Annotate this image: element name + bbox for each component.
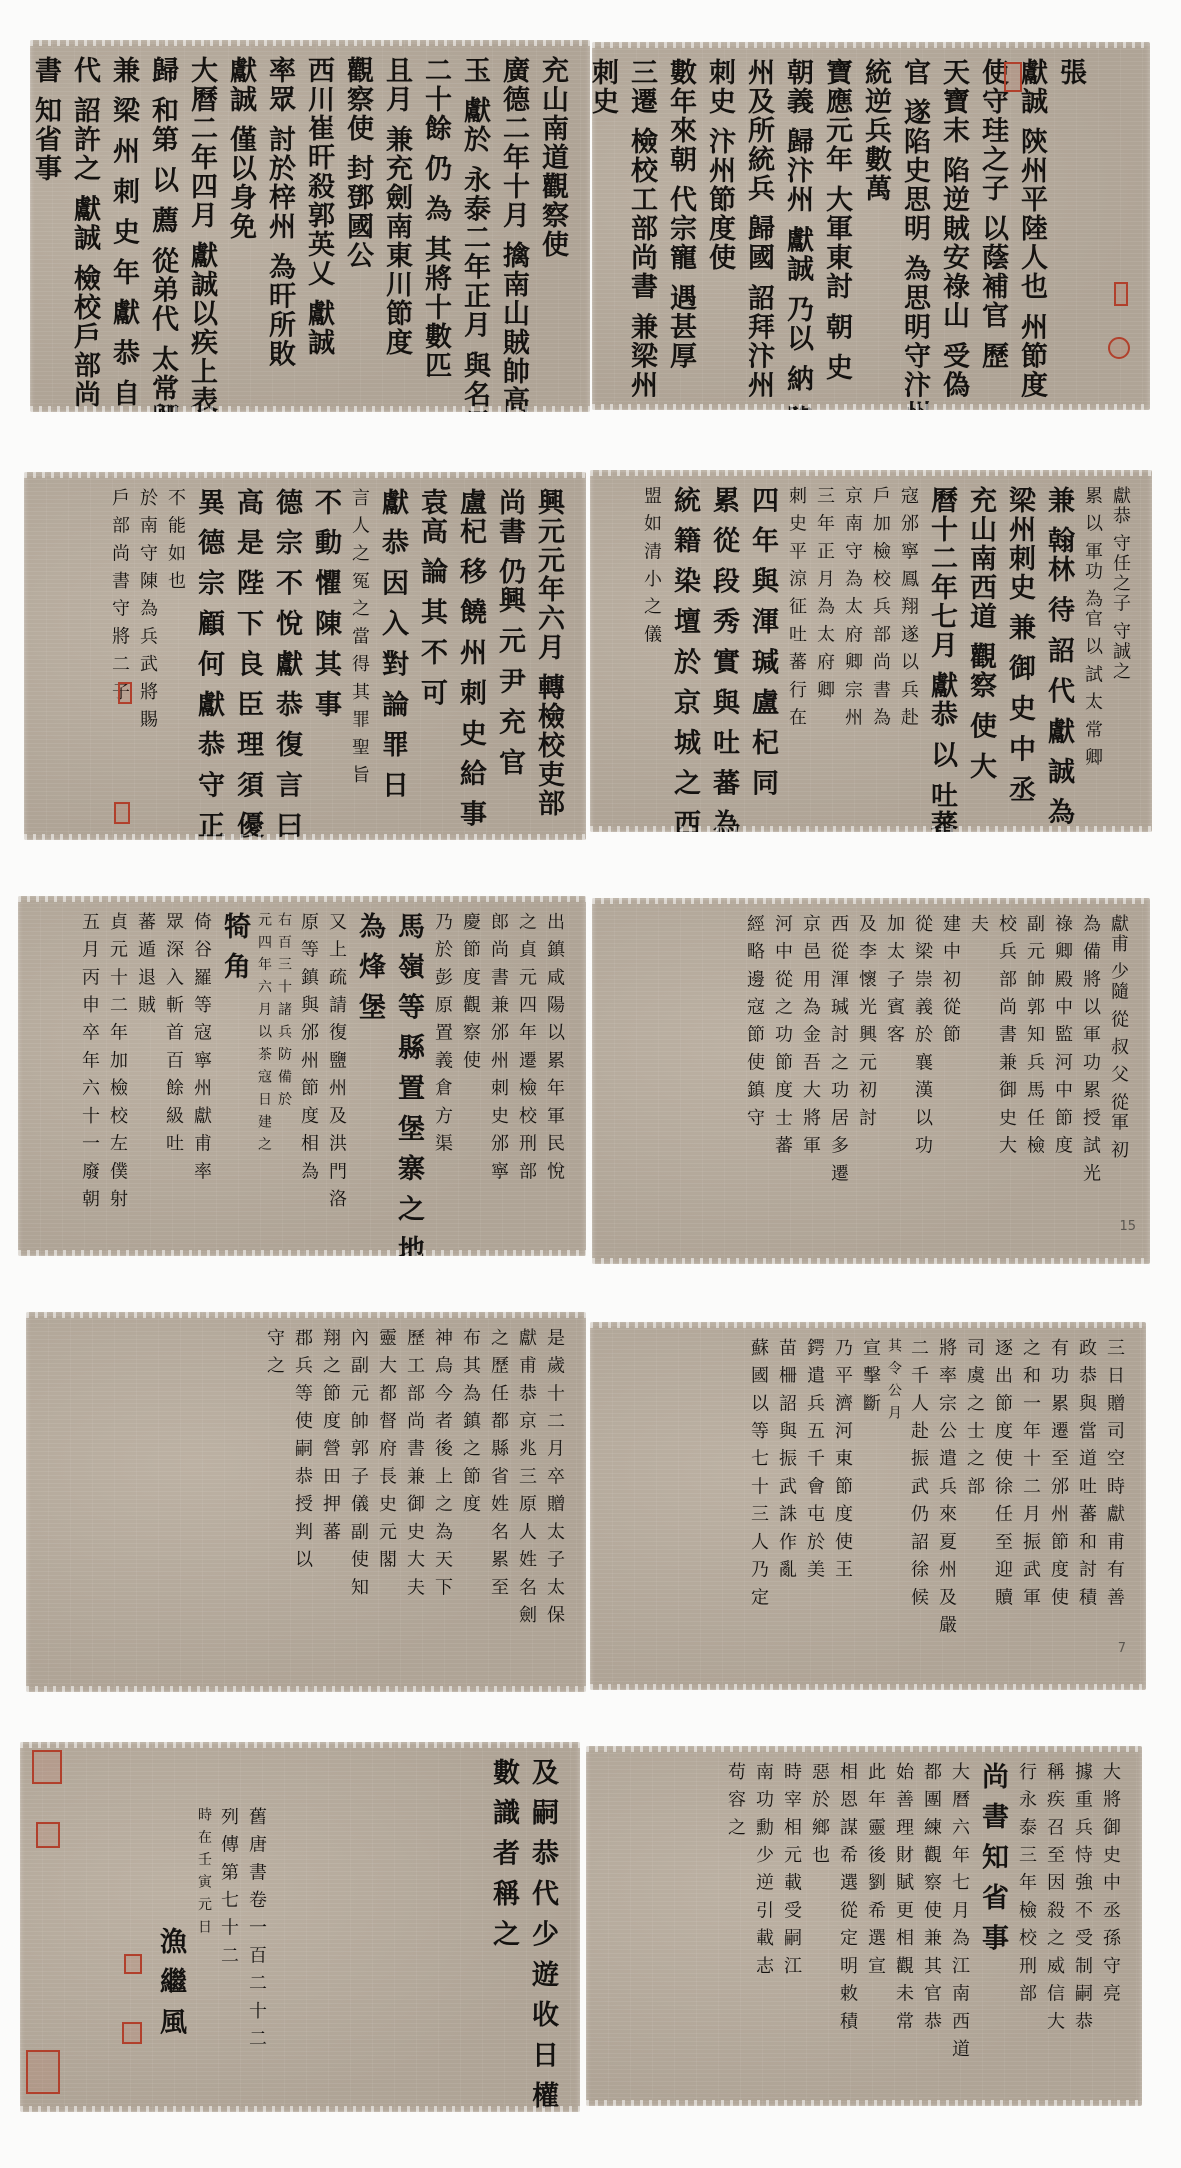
text-column: 且月 兼充劍南東川節度: [377, 56, 416, 398]
text-column: 獻甫 少隨 從 叔 父 從軍 初: [1104, 914, 1132, 1250]
text-column: 官 遂陷史思明 為思明守汴州: [895, 58, 934, 396]
seal-stamp: [124, 1954, 142, 1974]
text-column: 書 知省事: [30, 56, 65, 398]
text-column: 祿 卿 殿 中 監 河 中 節 度: [1048, 914, 1076, 1250]
text-column: 盧杞 移 饒 州 刺 史 給 事 中: [451, 488, 490, 826]
text-column: 逐 出 節 度 使 徐 任 至 迎 贖: [988, 1338, 1016, 1676]
text-column: 數 識 者 稱 之: [484, 1758, 523, 2098]
text-column: 不 動 懼 陳 其 事: [306, 488, 345, 826]
text-column: 建 中 初 從 節: [936, 914, 964, 1250]
text-column: 大曆二年四月 獻誠以疾上表乞: [182, 56, 221, 398]
manuscript-panel-r5-left: 及 嗣 恭 代 少 遊 收 日 權 數 識 者 稱 之 舊 唐 書 卷 一 百 …: [20, 1742, 580, 2112]
panel-text: 充山南道觀察使 廣德二年十月 擒南山賊帥高 玉 獻於 永泰二年正月 與名馬 二十…: [48, 56, 572, 398]
text-column: 原 等 鎮 與 邠 州 節 度 相 為: [294, 912, 322, 1242]
text-column: 歸 和第 以 薦 從弟代 太常卿: [143, 56, 182, 398]
text-column: 司 虞 之 士 之 部: [960, 1338, 988, 1676]
text-column: 天寶末 陷逆賊安祿山 受偽: [934, 58, 973, 396]
text-column: 戶 部 尚 書 守 將 二 子: [105, 488, 133, 826]
text-column: 異 德 宗 顧 何 獻 恭 守 正: [189, 488, 228, 826]
text-column: 獻誠 陝州平陸人也 州節度: [1012, 58, 1051, 396]
text-column: 戶 加 檢 校 兵 部 尚 書 為: [866, 486, 894, 818]
text-column: 時 宰 相 元 載 受 嗣 江: [777, 1762, 805, 2092]
text-column: 苟 容 之: [721, 1762, 749, 2092]
manuscript-panel-r4-left: 是 歲 十 二 月 卒 贈 太 子 太 保 獻 甫 恭 京 兆 三 原 人 姓 …: [26, 1312, 586, 1692]
text-column: 充山南西道 觀察 使 大: [961, 486, 1000, 818]
panel-text: 張 獻誠 陝州平陸人也 州節度 使守珪之子 以蔭補官 歷 天寶末 陷逆賊安祿山 …: [610, 58, 1090, 396]
text-column: 都 團 練 觀 察 使 兼 其 官 恭: [917, 1762, 945, 2092]
text-column: 二十餘 仍 為 其將十數匹: [416, 56, 455, 398]
page-number: 15: [1119, 1219, 1136, 1234]
text-column: 從 梁 崇 義 於 襄 漢 以 功: [908, 914, 936, 1250]
text-column: 校 兵 部 尚 書 兼 御 史 大: [992, 914, 1020, 1250]
manuscript-panel-r4-right: 三 日 贈 司 空 時 獻 甫 有 善 政 恭 與 當 道 吐 蕃 和 討 積 …: [590, 1322, 1146, 1690]
text-column: 西川崔旰殺郭英乂 獻誠: [299, 56, 338, 398]
text-column: 稱 疾 召 至 因 殺 之 威 信 大: [1040, 1762, 1068, 2092]
page-number: 7: [1118, 1641, 1126, 1656]
panel-text: 及 嗣 恭 代 少 遊 收 日 權 數 識 者 稱 之: [440, 1758, 562, 2098]
text-column: 乃 平 濟 河 東 節 度 使 王: [828, 1338, 856, 1676]
text-column: 刺史 汴州節度使: [700, 58, 739, 396]
colophon-column: 時 在 壬 寅 元 日: [194, 1807, 214, 2098]
seal-stamp: [36, 1822, 60, 1848]
text-column: 慶 節 度 觀 察 使: [456, 912, 484, 1242]
panel-text: 獻甫 少隨 從 叔 父 從軍 初 為 備 將 以 軍 功 累 授 試 光 祿 卿…: [610, 914, 1132, 1250]
text-column: 充山南道觀察使: [533, 56, 572, 398]
colophon-column: 列 傳 第 七 十 二: [214, 1807, 242, 2098]
text-column: 統 籍 染 壇 於 京 城 之 西 雷: [665, 486, 704, 818]
text-column: 其 令 公 月: [884, 1338, 904, 1676]
text-column: 河 中 從 之 功 節 度 士 蕃: [768, 914, 796, 1250]
signature: 漁 繼 風: [151, 1927, 190, 2098]
text-column: 相 恩 謀 希 選 從 定 明 敕 積: [833, 1762, 861, 2092]
colophon-column: 舊 唐 書 卷 一 百 二 十 二: [242, 1807, 270, 2098]
text-column: 統逆兵數萬: [856, 58, 895, 396]
text-column: 不 能 如 也: [161, 488, 189, 826]
text-column: 言 人 之 冤 之 當 得 其 罪 聖 旨: [345, 488, 373, 826]
text-column: 累 以 軍功 為官 以 試 太 常 卿: [1078, 486, 1106, 818]
text-column: 布 其 為 鎮 之 節 度: [456, 1328, 484, 1678]
text-column: 四 年 與 渾 瑊 盧 杞 同: [743, 486, 782, 818]
text-column: 朝義 歸汴州 獻誠 乃以 納 降: [778, 58, 817, 396]
text-column: 始 善 理 財 賦 更 相 觀 未 常: [889, 1762, 917, 2092]
text-column: 鍔 遣 兵 五 千 會 屯 於 美: [800, 1338, 828, 1676]
text-column: 刺史: [592, 58, 622, 396]
text-column: 南 功 勳 少 逆 引 載 志: [749, 1762, 777, 2092]
seal-stamp: [1108, 337, 1130, 359]
text-column: 郡 兵 等 使 嗣 恭 授 判 以: [288, 1328, 316, 1678]
text-column: 袁高 論 其 不 可: [412, 488, 451, 826]
text-column: 五 月 丙 申 卒 年 六 十 一 廢 朝: [75, 912, 103, 1242]
text-column: 興元元年六月 轉檢校吏部: [529, 488, 568, 826]
text-column: 倚 谷 羅 等 寇 寧 州 獻 甫 率: [187, 912, 215, 1242]
text-column: 之 和 一 年 十 二 月 振 武 軍: [1016, 1338, 1044, 1676]
seal-stamp: [114, 802, 130, 824]
text-column: 京 邑 用 為 金 吾 大 將 軍: [796, 914, 824, 1250]
text-column: 據 重 兵 恃 強 不 受 制 嗣 恭: [1068, 1762, 1096, 2092]
text-column: 為 烽 堡: [350, 912, 389, 1242]
text-column: 為 備 將 以 軍 功 累 授 試 光: [1076, 914, 1104, 1250]
seal-stamp: [122, 2022, 142, 2044]
text-column: 寇 邠 寧 鳳 翔 遂 以 兵 赴: [894, 486, 922, 818]
panel-text: 是 歲 十 二 月 卒 贈 太 子 太 保 獻 甫 恭 京 兆 三 原 人 姓 …: [116, 1328, 568, 1678]
text-column: 獻 甫 恭 京 兆 三 原 人 姓 名 劍: [512, 1328, 540, 1678]
text-column: 大 曆 六 年 七 月 為 江 南 西 道: [945, 1762, 973, 2092]
text-column: 寶應元年 大軍東討 朝 史: [817, 58, 856, 396]
text-column: 西 從 渾 瑊 討 之 功 居 多 遷: [824, 914, 852, 1250]
annotation-column: 元 四 年 六 月 以 茶 寇 日 建 之: [254, 912, 274, 1242]
text-column: 玉 獻於 永泰二年正月 與名馬: [455, 56, 494, 398]
text-column: 靈 大 都 督 府 長 史 元 閣: [372, 1328, 400, 1678]
text-column: 大 將 御 史 中 丞 孫 守 亮: [1096, 1762, 1124, 2092]
text-column: 神 烏 今 者 後 上 之 為 天 下: [428, 1328, 456, 1678]
manuscript-panel-r5-right: 大 將 御 史 中 丞 孫 守 亮 據 重 兵 恃 強 不 受 制 嗣 恭 稱 …: [586, 1746, 1142, 2106]
text-column: 乃 於 彭 原 置 義 倉 方 渠: [428, 912, 456, 1242]
text-column: 代 詔許之 獻誠 檢校戶部尚: [65, 56, 104, 398]
text-column: 副 元 帥 郭 知 兵 馬 任 檢: [1020, 914, 1048, 1250]
text-column: 曆十二年七月 獻恭 以 吐蕃: [922, 486, 961, 818]
text-column: 夫: [964, 914, 992, 1250]
text-column: 兼 翰林 待 詔 代 獻 誠 為: [1039, 486, 1078, 818]
text-column: 獻恭 守任之子 守誠之: [1106, 486, 1134, 818]
text-column: 出 鎮 咸 陽 以 累 年 軍 民 悅: [540, 912, 568, 1242]
text-column: 高 是 陛 下 良 臣 理 須 優: [228, 488, 267, 826]
text-column: 此 年 靈 後 劉 希 選 宣: [861, 1762, 889, 2092]
manuscript-panel-r2-right: 獻恭 守任之子 守誠之 累 以 軍功 為官 以 試 太 常 卿 兼 翰林 待 詔…: [590, 470, 1152, 832]
colophon: 舊 唐 書 卷 一 百 二 十 二 列 傳 第 七 十 二 時 在 壬 寅 元 …: [170, 1807, 270, 2098]
text-column: 二 千 人 赴 振 武 仍 詔 徐 候: [904, 1338, 932, 1676]
text-column: 翔 之 節 度 營 田 押 蕃: [316, 1328, 344, 1678]
text-column: 經 略 邊 寇 節 使 鎮 守: [740, 914, 768, 1250]
text-column: 馬 嶺 等 縣 置 堡 寨 之 地: [389, 912, 428, 1242]
text-column: 政 恭 與 當 道 吐 蕃 和 討 積: [1072, 1338, 1100, 1676]
text-column: 眾 深 入 斬 首 百 餘 級 吐: [159, 912, 187, 1242]
seal-stamp: [118, 682, 132, 704]
text-column: 加 太 子 賓 客: [880, 914, 908, 1250]
seal-stamp: [1114, 282, 1128, 306]
text-column: 之 貞 元 四 年 遷 檢 校 刑 部: [512, 912, 540, 1242]
text-column: 及 嗣 恭 代 少 遊 收 日 權: [523, 1758, 562, 2098]
text-column: 刺 史 平 涼 征 吐 蕃 行 在: [782, 486, 810, 818]
text-column: 梁州刺史 兼 御 史 中 丞: [1000, 486, 1039, 818]
panel-text: 興元元年六月 轉檢校吏部 尚書 仍興 元 尹 充 官 盧杞 移 饒 州 刺 史 …: [42, 488, 568, 826]
text-column: 蘇 國 以 等 七 十 三 人 乃 定: [744, 1338, 772, 1676]
text-column: 之 歷 任 都 縣 省 姓 名 累 至: [484, 1328, 512, 1678]
panel-text: 獻恭 守任之子 守誠之 累 以 軍功 為官 以 試 太 常 卿 兼 翰林 待 詔…: [608, 486, 1134, 818]
text-column: 惡 於 鄉 也: [805, 1762, 833, 2092]
text-column: 是 歲 十 二 月 卒 贈 太 子 太 保: [540, 1328, 568, 1678]
text-column: 又 上 疏 請 復 鹽 州 及 洪 門 洛: [322, 912, 350, 1242]
text-column: 有 功 累 遷 至 邠 州 節 度 使: [1044, 1338, 1072, 1676]
panel-text: 三 日 贈 司 空 時 獻 甫 有 善 政 恭 與 當 道 吐 蕃 和 討 積 …: [608, 1338, 1128, 1676]
text-column: 蕃 遁 退 賊: [131, 912, 159, 1242]
text-column: 宣 擊 斷: [856, 1338, 884, 1676]
text-column: 行 永 泰 三 年 檢 校 刑 部: [1012, 1762, 1040, 2092]
text-column: 尚書 仍興 元 尹 充 官: [490, 488, 529, 826]
manuscript-panel-r1-left: 充山南道觀察使 廣德二年十月 擒南山賊帥高 玉 獻於 永泰二年正月 與名馬 二十…: [30, 40, 590, 412]
text-column: 使守珪之子 以蔭補官 歷: [973, 58, 1012, 396]
text-column: 獻 恭 因 入 對 論 罪 日: [373, 488, 412, 826]
text-column: 德 宗 不 悅 獻 恭 復 言 曰 袁: [267, 488, 306, 826]
text-column: 將 率 宗 公 遣 兵 來 夏 州 及 嚴: [932, 1338, 960, 1676]
text-column: 州及所統兵 歸國 詔拜汴州: [739, 58, 778, 396]
text-column: 累 從 段 秀 實 與 吐 蕃 為: [704, 486, 743, 818]
text-column: 觀察使 封鄧國公: [338, 56, 377, 398]
text-column: 三遷 檢校工部尚書 兼梁州: [622, 58, 661, 396]
seal-stamp: [26, 2050, 60, 2094]
manuscript-panel-r1-right: 張 獻誠 陝州平陸人也 州節度 使守珪之子 以蔭補官 歷 天寶末 陷逆賊安祿山 …: [592, 42, 1150, 410]
text-column: 張: [1051, 58, 1090, 396]
panel-text: 大 將 御 史 中 丞 孫 守 亮 據 重 兵 恃 強 不 受 制 嗣 恭 稱 …: [604, 1762, 1124, 2092]
text-column: 廣德二年十月 擒南山賊帥高: [494, 56, 533, 398]
text-column: 犄 角: [215, 912, 254, 1242]
text-column: 獻誠 僅以身免: [221, 56, 260, 398]
text-column: 盟 如 清 小 之 儀: [637, 486, 665, 818]
text-column: 數年來朝 代宗寵 遇甚厚: [661, 58, 700, 396]
text-column: 貞 元 十 二 年 加 檢 校 左 僕 射: [103, 912, 131, 1242]
text-column: 及 李 懷 光 興 元 初 討: [852, 914, 880, 1250]
text-column: 三 日 贈 司 空 時 獻 甫 有 善: [1100, 1338, 1128, 1676]
text-column: 尚 書 知 省 事: [973, 1762, 1012, 2092]
text-column: 守 之: [260, 1328, 288, 1678]
text-column: 歷 工 部 尚 書 兼 御 史 大 夫: [400, 1328, 428, 1678]
text-column: 郎 尚 書 兼 邠 州 刺 史 邠 寧: [484, 912, 512, 1242]
text-column: 三 年 正 月 為 太 府 卿: [810, 486, 838, 818]
text-column: 於 南 守 陳 為 兵 武 將 賜: [133, 488, 161, 826]
manuscript-panel-r2-left: 興元元年六月 轉檢校吏部 尚書 仍興 元 尹 充 官 盧杞 移 饒 州 刺 史 …: [24, 472, 586, 840]
text-column: 內 副 元 帥 郭 子 儀 副 使 知: [344, 1328, 372, 1678]
seal-stamp: [32, 1750, 62, 1784]
text-column: 率眾 討於梓州 為旰所敗: [260, 56, 299, 398]
manuscript-panel-r3-right: 獻甫 少隨 從 叔 父 從軍 初 為 備 將 以 軍 功 累 授 試 光 祿 卿…: [592, 898, 1150, 1264]
text-column: 兼 梁 州 刺 史 年 獻 恭 自: [104, 56, 143, 398]
panel-text: 出 鎮 咸 陽 以 累 年 軍 民 悅 之 貞 元 四 年 遷 檢 校 刑 部 …: [36, 912, 568, 1242]
seal-stamp: [1004, 62, 1022, 92]
manuscript-panel-r3-left: 出 鎮 咸 陽 以 累 年 軍 民 悅 之 貞 元 四 年 遷 檢 校 刑 部 …: [18, 896, 586, 1256]
text-column: 苗 柵 詔 與 振 武 誅 作 亂: [772, 1338, 800, 1676]
annotation-column: 右 百 三 十 諸 兵 防 備 於: [274, 912, 294, 1242]
text-column: 京 南 守 為 太 府 卿 宗 州: [838, 486, 866, 818]
